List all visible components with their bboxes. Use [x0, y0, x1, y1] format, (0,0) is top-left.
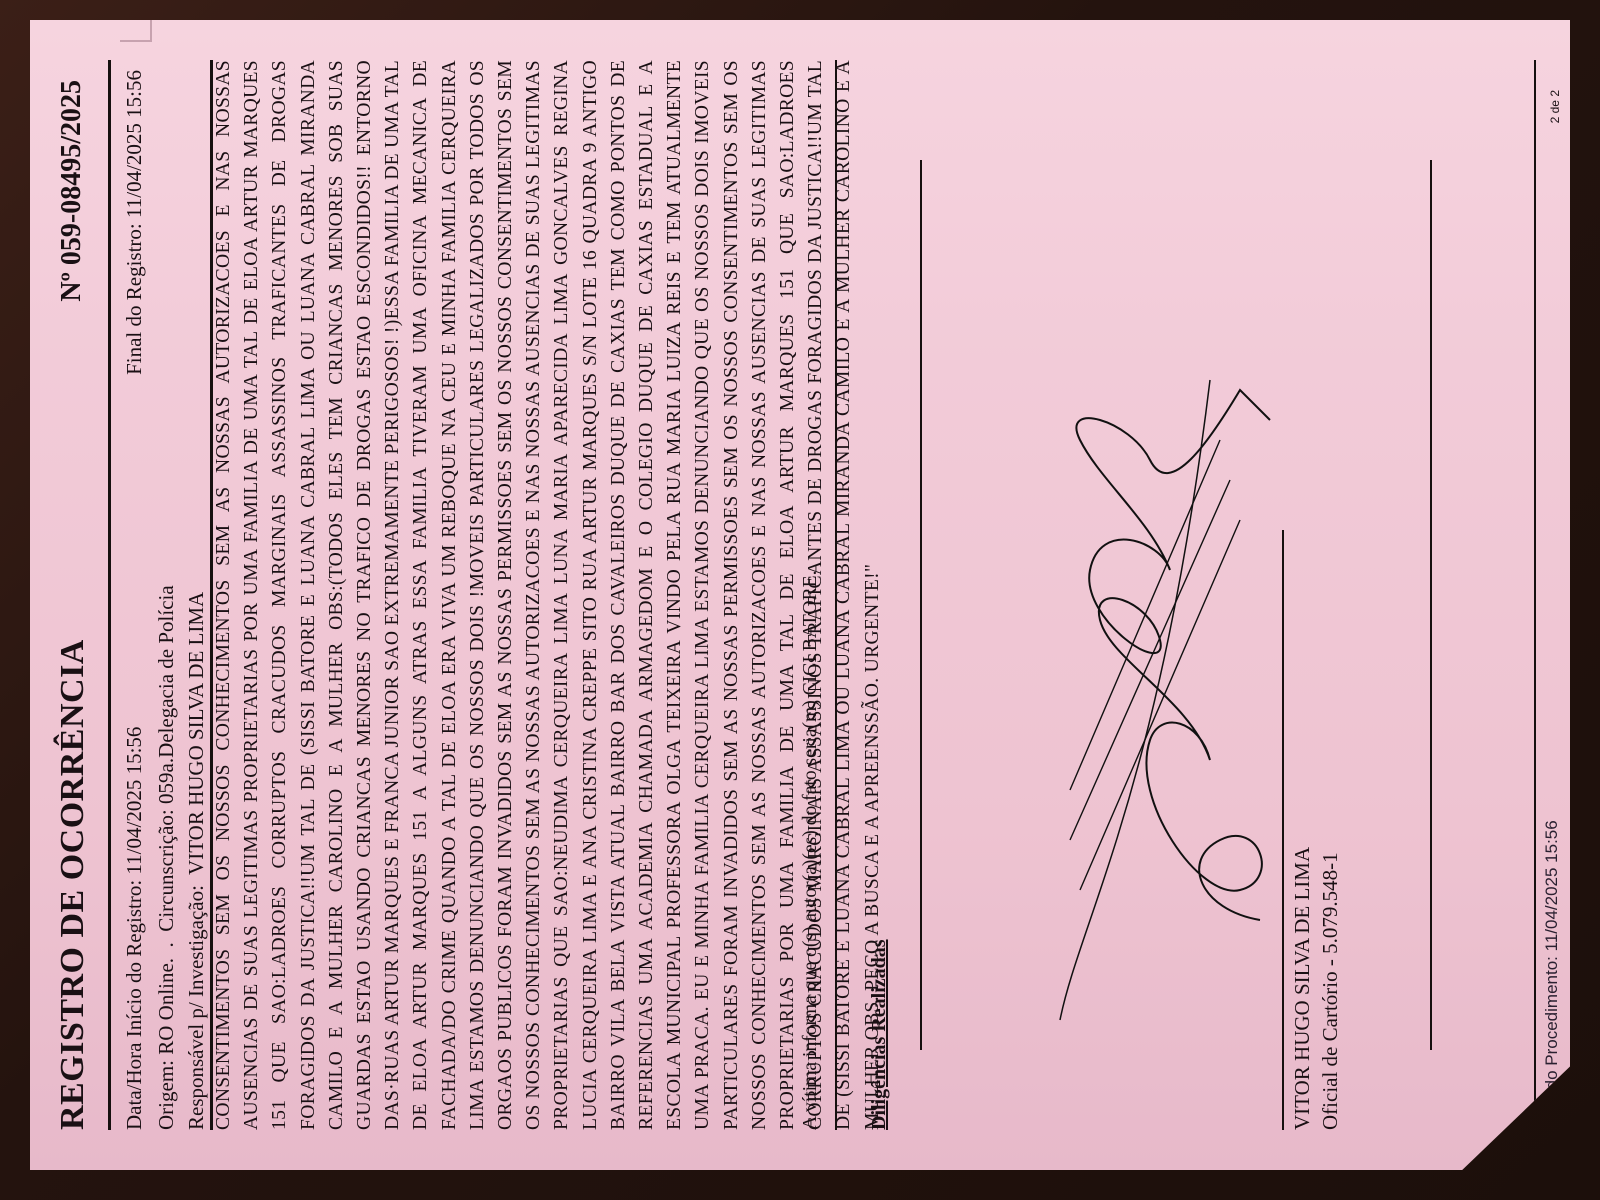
page-title: REGISTRO DE OCORRÊNCIA — [54, 639, 92, 1130]
resp-value: VITOR HUGO SILVA DE LIMA — [184, 592, 208, 875]
signer-role: Oficial de Cartório - 5.079.548-1 — [1318, 852, 1343, 1130]
separator: . — [154, 942, 178, 947]
page-number: 2 de 2 — [1548, 90, 1562, 123]
meta-row-origin: Origem: RO Online. . Circunscrição: 059a… — [154, 60, 179, 1130]
document-page: REGISTRO DE OCORRÊNCIA Nº 059-08495/2025… — [30, 20, 1570, 1170]
footer-value: 11/04/2025 15:56 — [1542, 820, 1561, 951]
circ-label: Circunscrição: — [154, 809, 178, 931]
meta-row-dates: Data/Hora Início do Registro: 11/04/2025… — [122, 60, 147, 1130]
start-label: Data/Hora Início do Registro: — [122, 880, 146, 1130]
divider — [835, 60, 837, 1130]
signature-box-bottom — [1430, 160, 1432, 1050]
circ-value: 059a.Delegacia de Polícia — [154, 585, 178, 804]
start-value: 11/04/2025 15:56 — [122, 727, 146, 875]
signature-line — [1282, 530, 1284, 1130]
record-number: Nº 059-08495/2025 — [56, 80, 88, 302]
resp-label: Responsável p/ Investigação: — [184, 885, 208, 1130]
signature-icon — [1040, 360, 1300, 1040]
signer-name: VITOR HUGO SILVA DE LIMA — [1290, 847, 1315, 1130]
origin-label: Origem: — [154, 1060, 178, 1130]
divider — [108, 60, 111, 1130]
victim-statement: A vítima informa que o(s) autor(a)(es) d… — [800, 570, 822, 1130]
diligencias-heading: Diligências Realizadas — [868, 939, 891, 1130]
narrative-text: CONSENTIMENTOS SEM OS NOSSOS CONHECIMENT… — [210, 60, 887, 1130]
meta-row-responsible: Responsável p/ Investigação: VITOR HUGO … — [184, 60, 209, 1130]
origin-value: RO Online. — [154, 958, 178, 1055]
footer-divider — [1534, 60, 1536, 1130]
signature-block: VITOR HUGO SILVA DE LIMA Oficial de Cart… — [910, 60, 1450, 1130]
end-label: Final do Registro: — [122, 223, 146, 375]
end-value: 11/04/2025 15:56 — [122, 70, 146, 218]
